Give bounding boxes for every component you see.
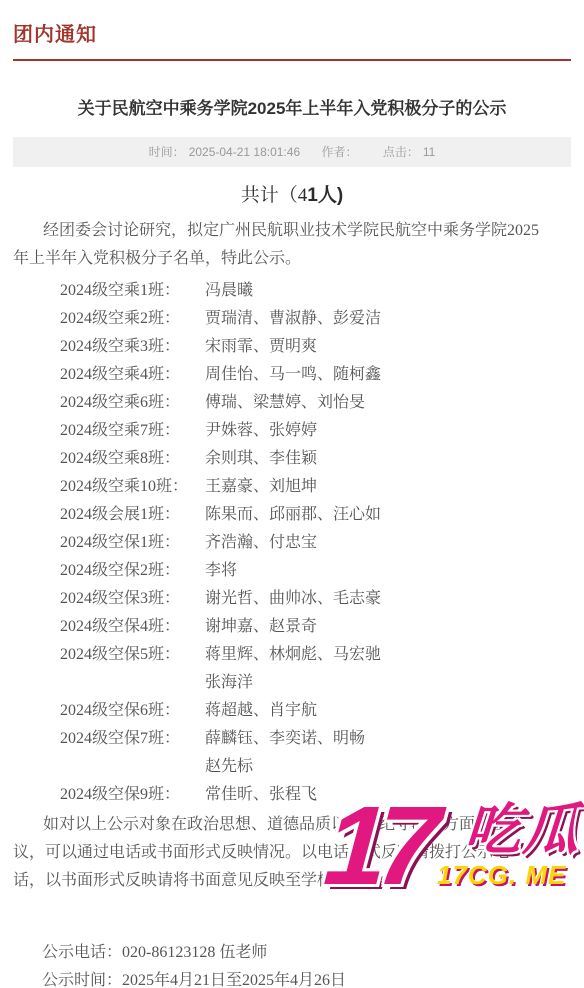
- meta-hits-label: 点击：: [383, 145, 419, 159]
- phone-label: 公示电话：: [42, 944, 122, 961]
- page-header: 团内通知: [0, 0, 584, 61]
- class-label: [60, 669, 205, 697]
- class-label: [60, 753, 205, 781]
- meta-hits-value: 11: [423, 145, 435, 159]
- section-title: 团内通知: [13, 18, 571, 47]
- meta-time-label: 时间：: [149, 145, 185, 159]
- student-names: 张海洋: [205, 669, 571, 697]
- roster-row: 2024级空保2班：李将: [13, 557, 571, 585]
- meta-time-value: 2025-04-21 18:01:46: [189, 145, 300, 159]
- student-names: 赵先标: [205, 753, 571, 781]
- roster-row: 2024级空保5班：蒋里辉、林炯彪、马宏驰: [13, 641, 571, 669]
- student-names: 蒋超越、肖宇航: [205, 697, 571, 725]
- student-names: 周佳怡、马一鸣、随柯鑫: [205, 361, 571, 389]
- class-label: 2024级空乘8班：: [60, 445, 205, 473]
- student-names: 李将: [205, 557, 571, 585]
- student-names: 王嘉豪、刘旭坤: [205, 473, 571, 501]
- publicity-period-line: 公示时间：2025年4月21日至2025年4月26日: [42, 967, 571, 988]
- roster-row: 2024级空保6班：蒋超越、肖宇航: [13, 697, 571, 725]
- student-names: 谢坤嘉、赵景奇: [205, 613, 571, 641]
- student-names: 薛麟钰、李奕诺、明畅: [205, 725, 571, 753]
- class-label: 2024级空保3班：: [60, 585, 205, 613]
- class-label: 2024级空保9班：: [60, 781, 205, 809]
- class-label: 2024级空保1班：: [60, 529, 205, 557]
- count-heading-bold: 1人): [307, 185, 343, 206]
- roster-row: 2024级空保4班：谢坤嘉、赵景奇: [13, 613, 571, 641]
- article-title: 关于民航空中乘务学院2025年上半年入党积极分子的公示: [20, 97, 564, 121]
- student-names: 陈果而、邱丽郡、汪心如: [205, 501, 571, 529]
- roster-row: 2024级空乘6班：傅瑞、梁慧婷、刘怡旻: [13, 389, 571, 417]
- student-names: 宋雨霏、贾明爽: [205, 333, 571, 361]
- roster-row: 赵先标: [13, 753, 571, 781]
- roster-row: 2024级空保9班：常佳昕、张程飞: [13, 781, 571, 809]
- class-label: 2024级空保4班：: [60, 613, 205, 641]
- student-names: 傅瑞、梁慧婷、刘怡旻: [205, 389, 571, 417]
- class-label: 2024级空乘4班：: [60, 361, 205, 389]
- student-names: 齐浩瀚、付忠宝: [205, 529, 571, 557]
- meta-author-label: 作者：: [321, 145, 357, 159]
- class-label: 2024级空保7班：: [60, 725, 205, 753]
- period-value: 2025年4月21日至2025年4月26日: [122, 972, 346, 988]
- student-names: 常佳昕、张程飞: [205, 781, 571, 809]
- roster-list: 2024级空乘1班：冯晨曦2024级空乘2班：贾瑞清、曹淑静、彭爱洁2024级空…: [13, 277, 571, 809]
- class-label: 2024级空乘7班：: [60, 417, 205, 445]
- intro-line: 经团委会讨论研究，拟定广州民航职业技术学院民航空中乘务学院2025: [13, 217, 571, 245]
- class-label: 2024级空乘1班：: [60, 277, 205, 305]
- contact-name: 伍老师: [219, 944, 267, 961]
- roster-row: 张海洋: [13, 669, 571, 697]
- notice-line: 议，可以通过电话或书面形式反映情况。以电话形式反映请拨打公示电: [13, 839, 571, 867]
- contact-phone-line: 公示电话：020-86123128 伍老师: [42, 939, 571, 967]
- student-names: 冯晨曦: [205, 277, 571, 305]
- notice-paragraph: 如对以上公示对象在政治思想、道德品质以及遵纪守法等方面存在异议，可以通过电话或书…: [13, 811, 571, 895]
- roster-row: 2024级空乘4班：周佳怡、马一鸣、随柯鑫: [13, 361, 571, 389]
- roster-row: 2024级空乘8班：余则琪、李佳颖: [13, 445, 571, 473]
- header-divider: [13, 59, 571, 61]
- student-names: 蒋里辉、林炯彪、马宏驰: [205, 641, 571, 669]
- class-label: 2024级空保2班：: [60, 557, 205, 585]
- student-names: 尹姝蓉、张婷婷: [205, 417, 571, 445]
- phone-value: 020-86123128: [122, 944, 215, 961]
- roster-row: 2024级空乘2班：贾瑞清、曹淑静、彭爱洁: [13, 305, 571, 333]
- roster-row: 2024级空保1班：齐浩瀚、付忠宝: [13, 529, 571, 557]
- roster-row: 2024级空乘3班：宋雨霏、贾明爽: [13, 333, 571, 361]
- roster-row: 2024级空乘10班：王嘉豪、刘旭坤: [13, 473, 571, 501]
- class-label: 2024级空乘2班：: [60, 305, 205, 333]
- student-names: 贾瑞清、曹淑静、彭爱洁: [205, 305, 571, 333]
- student-names: 谢光哲、曲帅冰、毛志豪: [205, 585, 571, 613]
- count-heading-prefix: 共计（4: [241, 185, 308, 206]
- roster-row: 2024级会展1班：陈果而、邱丽郡、汪心如: [13, 501, 571, 529]
- roster-row: 2024级空保3班：谢光哲、曲帅冰、毛志豪: [13, 585, 571, 613]
- class-label: 2024级空乘3班：: [60, 333, 205, 361]
- document-body: 共计（41人) 经团委会讨论研究，拟定广州民航职业技术学院民航空中乘务学院202…: [0, 183, 584, 988]
- class-label: 2024级空乘6班：: [60, 389, 205, 417]
- period-label: 公示时间：: [42, 972, 122, 988]
- notice-page: 团内通知 关于民航空中乘务学院2025年上半年入党积极分子的公示 时间：2025…: [0, 0, 584, 988]
- class-label: 2024级空保5班：: [60, 641, 205, 669]
- student-names: 余则琪、李佳颖: [205, 445, 571, 473]
- roster-row: 2024级空乘7班：尹姝蓉、张婷婷: [13, 417, 571, 445]
- article-meta: 时间：2025-04-21 18:01:46 作者： 点击：11: [13, 137, 571, 167]
- intro-paragraph: 经团委会讨论研究，拟定广州民航职业技术学院民航空中乘务学院2025年上半年入党积…: [13, 217, 571, 273]
- count-heading: 共计（41人): [0, 183, 584, 209]
- class-label: 2024级会展1班：: [60, 501, 205, 529]
- roster-row: 2024级空乘1班：冯晨曦: [13, 277, 571, 305]
- notice-line: 话，以书面形式反映请将书面意见反映至学校团委。: [13, 867, 571, 895]
- class-label: 2024级空乘10班：: [60, 473, 205, 501]
- roster-row: 2024级空保7班：薛麟钰、李奕诺、明畅: [13, 725, 571, 753]
- article-footer: 公示电话：020-86123128 伍老师 公示时间：2025年4月21日至20…: [13, 939, 571, 988]
- intro-line: 年上半年入党积极分子名单，特此公示。: [13, 245, 571, 273]
- class-label: 2024级空保6班：: [60, 697, 205, 725]
- notice-line: 如对以上公示对象在政治思想、道德品质以及遵纪守法等方面存在异: [13, 811, 571, 839]
